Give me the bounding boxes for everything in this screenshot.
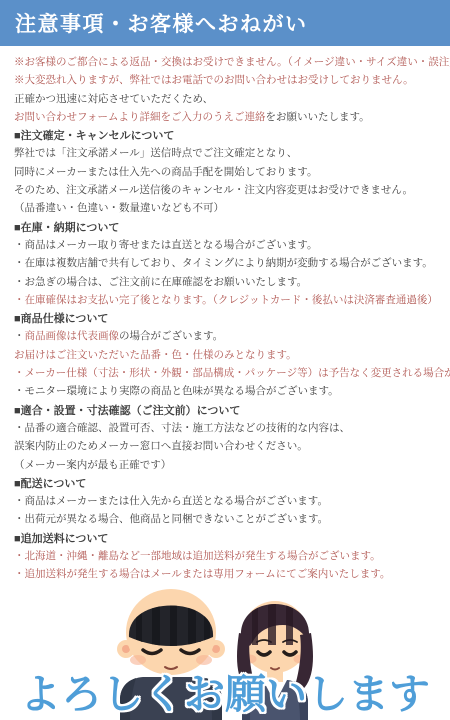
notice-line: （メーカー案内が最も正確です） (14, 457, 438, 475)
notice-text-segment: 同時にメーカーまたは仕入先への商品手配を開始しております。 (14, 167, 317, 178)
notice-text-segment: ■注文確定・キャンセルについて (14, 130, 174, 142)
page-header: 注意事項・お客様へおねがい (0, 0, 450, 46)
notice-text-segment: 正確かつ迅速に対応させていただくため、 (14, 94, 213, 105)
footer-illustration: よろしくお願いします (0, 585, 450, 720)
notice-line: ・商品はメーカー取り寄せまたは直送となる場合がございます。 (14, 237, 438, 255)
page-title: 注意事項・お客様へおねがい (15, 8, 308, 38)
notice-text-segment: ・追加送料が発生する場合はメールまたは専用フォームにてご案内いたします。 (14, 569, 390, 580)
notice-text-segment: ・メーカー仕様（寸法・形状・外観・部品構成・パッケージ等）は予告なく変更される場… (14, 368, 450, 379)
notice-line: ・在庫は複数店舗で共有しており、タイミングにより納期が変動する場合がございます。 (14, 255, 438, 273)
notice-text-segment: ・商品はメーカーまたは仕入先から直送となる場合がございます。 (14, 496, 328, 507)
notice-text-segment: お問い合わせフォームより詳細をご入力のうえご連絡 (14, 112, 265, 123)
notice-text-segment: ■適合・設置・寸法確認（ご注文前）について (14, 405, 240, 417)
notice-line: ※大変恐れ入りますが、弊社ではお電話でのお問い合わせはお受けしておりません。 (14, 72, 438, 90)
notice-line: ・北海道・沖縄・離島など一部地域は追加送料が発生する場合がございます。 (14, 548, 438, 566)
notice-text-segment: ・品番の適合確認、設置可否、寸法・施工方法などの技術的な内容は、 (14, 423, 350, 434)
notice-text-segment: ・お急ぎの場合は、ご注文前に在庫確認をお願いいたします。 (14, 277, 307, 288)
notice-text-segment: ■在庫・納期について (14, 222, 119, 234)
notice-line: 同時にメーカーまたは仕入先への商品手配を開始しております。 (14, 164, 438, 182)
notice-text-segment: ・ (14, 331, 25, 342)
notice-text-segment: （品番違い・色違い・数量違いなども不可） (14, 203, 224, 214)
notice-text-segment: ・在庫確保はお支払い完了後となります。（クレジットカード・後払いは決済審査通過後… (14, 295, 438, 306)
notice-text-segment: ■商品仕様について (14, 313, 108, 325)
notice-page: 注意事項・お客様へおねがい ※お客様のご都合による返品・交換はお受けできません。… (0, 0, 450, 720)
notice-line: ・お急ぎの場合は、ご注文前に在庫確認をお願いいたします。 (14, 274, 438, 292)
notice-line: 誤案内防止のためメーカー窓口へ直接お問い合わせください。 (14, 438, 438, 456)
section-heading: ■適合・設置・寸法確認（ご注文前）について (14, 402, 438, 420)
notice-text-segment: 商品画像は代表画像 (25, 331, 120, 342)
section-heading: ■注文確定・キャンセルについて (14, 127, 438, 145)
notice-line: ※お客様のご都合による返品・交換はお受けできません。（イメージ違い・サイズ違い・… (14, 54, 438, 72)
notice-line: ・品番の適合確認、設置可否、寸法・施工方法などの技術的な内容は、 (14, 420, 438, 438)
notice-line: そのため、注文承諾メール送信後のキャンセル・注文内容変更はお受けできません。 (14, 182, 438, 200)
notice-text-segment: ※大変恐れ入りますが、弊社ではお電話でのお問い合わせはお受けしておりません。 (14, 75, 414, 86)
notice-text-segment: お届けはご注文いただいた品番・色・仕様のみとなります。 (14, 350, 297, 361)
notice-line: お問い合わせフォームより詳細をご入力のうえご連絡をお願いいたします。 (14, 109, 438, 127)
notice-line: ・出荷元が異なる場合、他商品と同梱できないことがございます。 (14, 511, 438, 529)
notice-text-segment: （メーカー案内が最も正確です） (14, 460, 171, 471)
notice-line: ・メーカー仕様（寸法・形状・外観・部品構成・パッケージ等）は予告なく変更される場… (14, 365, 438, 383)
notice-text-segment: ・モニター環境により実際の商品と色味が異なる場合がございます。 (14, 386, 339, 397)
notice-line: 正確かつ迅速に対応させていただくため、 (14, 91, 438, 109)
notice-line: ・在庫確保はお支払い完了後となります。（クレジットカード・後払いは決済審査通過後… (14, 292, 438, 310)
notice-line: ・商品はメーカーまたは仕入先から直送となる場合がございます。 (14, 493, 438, 511)
thanks-message: よろしくお願いします (0, 661, 450, 720)
notice-line: （品番違い・色違い・数量違いなども不可） (14, 200, 438, 218)
notice-text-segment: ・商品はメーカー取り寄せまたは直送となる場合がございます。 (14, 240, 317, 251)
notice-line: ・追加送料が発生する場合はメールまたは専用フォームにてご案内いたします。 (14, 566, 438, 584)
notice-body: ※お客様のご都合による返品・交換はお受けできません。（イメージ違い・サイズ違い・… (0, 46, 450, 585)
notice-text-segment: ・北海道・沖縄・離島など一部地域は追加送料が発生する場合がございます。 (14, 551, 381, 562)
notice-text-segment: ・在庫は複数店舗で共有しており、タイミングにより納期が変動する場合がございます。 (14, 258, 433, 269)
notice-line: お届けはご注文いただいた品番・色・仕様のみとなります。 (14, 347, 438, 365)
notice-text-segment: ■配送について (14, 478, 86, 490)
section-heading: ■追加送料について (14, 530, 438, 548)
notice-text-segment: 弊社では「注文承諾メール」送信時点でご注文確定となり、 (14, 148, 297, 159)
section-heading: ■配送について (14, 475, 438, 493)
section-heading: ■商品仕様について (14, 310, 438, 328)
notice-text-segment: をお願いいたします。 (265, 112, 369, 123)
section-heading: ■在庫・納期について (14, 219, 438, 237)
notice-text-segment: ※お客様のご都合による返品・交換はお受けできません。（イメージ違い・サイズ違い・… (14, 57, 450, 68)
notice-text-segment: の場合がございます。 (119, 331, 223, 342)
notice-text-segment: ・出荷元が異なる場合、他商品と同梱できないことがございます。 (14, 514, 328, 525)
notice-line: ・商品画像は代表画像の場合がございます。 (14, 328, 438, 346)
notice-text-segment: 誤案内防止のためメーカー窓口へ直接お問い合わせください。 (14, 441, 308, 452)
notice-text-segment: ■追加送料について (14, 533, 108, 545)
notice-text-segment: そのため、注文承諾メール送信後のキャンセル・注文内容変更はお受けできません。 (14, 185, 413, 196)
notice-line: 弊社では「注文承諾メール」送信時点でご注文確定となり、 (14, 145, 438, 163)
notice-line: ・モニター環境により実際の商品と色味が異なる場合がございます。 (14, 383, 438, 401)
